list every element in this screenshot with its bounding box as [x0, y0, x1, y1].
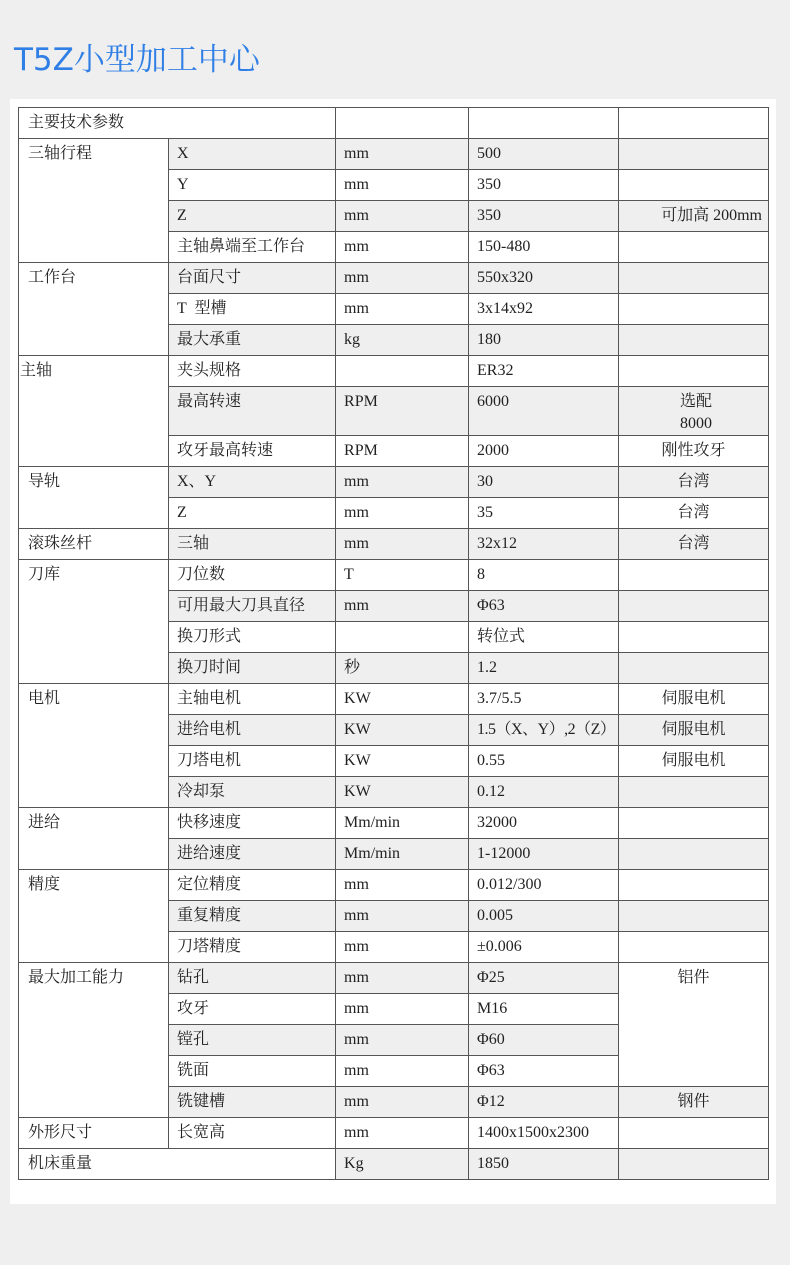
note-cell	[619, 1118, 769, 1149]
value-cell: Φ60	[469, 1025, 619, 1056]
unit-cell: Mm/min	[336, 839, 469, 870]
note-cell	[619, 139, 769, 170]
item-cell: 换刀时间	[169, 653, 336, 684]
unit-cell: mm	[336, 870, 469, 901]
unit-cell: mm	[336, 1087, 469, 1118]
note-cell	[619, 839, 769, 870]
table-row: 工作台 台面尺寸 mm 550x320	[19, 263, 769, 294]
group-label-dimensions: 外形尺寸	[19, 1118, 169, 1149]
value-cell: 150-480	[469, 232, 619, 263]
value-cell: 35	[469, 498, 619, 529]
item-cell: Z	[169, 498, 336, 529]
unit-cell: mm	[336, 901, 469, 932]
item-cell: 最高转速	[169, 387, 336, 436]
item-cell: 快移速度	[169, 808, 336, 839]
item-cell: 攻牙	[169, 994, 336, 1025]
group-label-ballscrew: 滚珠丝杆	[19, 529, 169, 560]
item-cell: 三轴	[169, 529, 336, 560]
note-cell	[619, 170, 769, 201]
note-cell	[619, 560, 769, 591]
table-row: 主轴 夹头规格 ER32	[19, 356, 769, 387]
unit-cell: mm	[336, 994, 469, 1025]
value-cell: 180	[469, 325, 619, 356]
group-label-guide: 导轨	[19, 467, 169, 529]
table-row: 刀库 刀位数 T 8	[19, 560, 769, 591]
value-cell: 550x320	[469, 263, 619, 294]
note-cell	[619, 653, 769, 684]
value-cell: 32x12	[469, 529, 619, 560]
item-cell: X、Y	[169, 467, 336, 498]
note-cell: 台湾	[619, 529, 769, 560]
item-cell: 攻牙最高转速	[169, 436, 336, 467]
item-cell: 长宽高	[169, 1118, 336, 1149]
unit-cell: mm	[336, 294, 469, 325]
table-row: 最大加工能力 钻孔 mm Φ25 铝件	[19, 963, 769, 994]
note-cell	[619, 232, 769, 263]
table-row: 精度 定位精度 mm 0.012/300	[19, 870, 769, 901]
group-label-motor: 电机	[19, 684, 169, 808]
value-cell: 1.5（X、Y）,2（Z）	[469, 715, 619, 746]
unit-cell: 秒	[336, 653, 469, 684]
item-cell: Z	[169, 201, 336, 232]
value-cell: 1850	[469, 1149, 619, 1180]
unit-cell: mm	[336, 139, 469, 170]
item-cell: 进给速度	[169, 839, 336, 870]
note-cell: 刚性攻牙	[619, 436, 769, 467]
unit-cell: mm	[336, 591, 469, 622]
table-row: 外形尺寸 长宽高 mm 1400x1500x2300	[19, 1118, 769, 1149]
item-cell: 刀位数	[169, 560, 336, 591]
value-cell: 0.55	[469, 746, 619, 777]
group-label-travel: 三轴行程	[19, 139, 169, 263]
group-label-weight: 机床重量	[19, 1149, 336, 1180]
group-label-magazine: 刀库	[19, 560, 169, 684]
note-cell	[619, 263, 769, 294]
table-header: 主要技术参数	[19, 108, 336, 139]
unit-cell: mm	[336, 1118, 469, 1149]
value-cell: 3x14x92	[469, 294, 619, 325]
note-cell	[619, 777, 769, 808]
unit-cell: mm	[336, 170, 469, 201]
note-cell: 伺服电机	[619, 746, 769, 777]
note-cell	[619, 294, 769, 325]
table-row: 电机 主轴电机 KW 3.7/5.5 伺服电机	[19, 684, 769, 715]
item-cell: 夹头规格	[169, 356, 336, 387]
item-cell: 钻孔	[169, 963, 336, 994]
item-cell: 镗孔	[169, 1025, 336, 1056]
item-cell: X	[169, 139, 336, 170]
unit-cell: RPM	[336, 436, 469, 467]
unit-cell: Mm/min	[336, 808, 469, 839]
unit-cell	[336, 622, 469, 653]
table-row: 机床重量 Kg 1850	[19, 1149, 769, 1180]
note-cell: 伺服电机	[619, 715, 769, 746]
unit-cell: Kg	[336, 1149, 469, 1180]
spec-table: 主要技术参数 三轴行程 X mm 500 Y mm 350 Z mm 350 可…	[18, 107, 769, 1180]
unit-cell: KW	[336, 684, 469, 715]
value-cell: 350	[469, 201, 619, 232]
note-cell-aluminum: 铝件	[619, 963, 769, 1087]
note-cell	[619, 325, 769, 356]
item-cell: 铣面	[169, 1056, 336, 1087]
unit-cell: mm	[336, 1025, 469, 1056]
group-label-precision: 精度	[19, 870, 169, 963]
item-cell: 进给电机	[169, 715, 336, 746]
note-cell	[619, 870, 769, 901]
item-cell: 刀塔电机	[169, 746, 336, 777]
value-cell: 32000	[469, 808, 619, 839]
unit-cell: mm	[336, 232, 469, 263]
value-cell: Φ25	[469, 963, 619, 994]
item-cell: Y	[169, 170, 336, 201]
note-cell: 伺服电机	[619, 684, 769, 715]
note-cell	[619, 932, 769, 963]
note-cell: 可加高 200mm	[619, 201, 769, 232]
unit-cell: mm	[336, 529, 469, 560]
unit-cell: kg	[336, 325, 469, 356]
value-cell: 30	[469, 467, 619, 498]
note-cell: 选配 8000	[619, 387, 769, 436]
value-cell: 2000	[469, 436, 619, 467]
value-cell: 0.005	[469, 901, 619, 932]
table-row: 进给 快移速度 Mm/min 32000	[19, 808, 769, 839]
page-title: T5Z小型加工中心	[14, 38, 260, 82]
note-cell-steel: 钢件	[619, 1087, 769, 1118]
item-cell: 主轴鼻端至工作台	[169, 232, 336, 263]
value-cell: 6000	[469, 387, 619, 436]
item-cell: 铣键槽	[169, 1087, 336, 1118]
unit-cell: mm	[336, 498, 469, 529]
group-label-feed: 进给	[19, 808, 169, 870]
note-cell: 台湾	[619, 498, 769, 529]
value-cell: 0.12	[469, 777, 619, 808]
note-cell: 台湾	[619, 467, 769, 498]
unit-cell: RPM	[336, 387, 469, 436]
group-label-spindle: 主轴	[19, 356, 169, 467]
unit-cell: T	[336, 560, 469, 591]
note-cell	[619, 591, 769, 622]
unit-cell: mm	[336, 932, 469, 963]
note-cell	[619, 901, 769, 932]
item-cell: 重复精度	[169, 901, 336, 932]
value-cell: Φ63	[469, 591, 619, 622]
table-row: 导轨 X、Y mm 30 台湾	[19, 467, 769, 498]
value-cell: 1.2	[469, 653, 619, 684]
item-cell: 刀塔精度	[169, 932, 336, 963]
item-cell: 定位精度	[169, 870, 336, 901]
note-cell	[619, 808, 769, 839]
value-cell: 1400x1500x2300	[469, 1118, 619, 1149]
unit-cell: mm	[336, 1056, 469, 1087]
item-cell: T 型槽	[169, 294, 336, 325]
value-cell: 500	[469, 139, 619, 170]
unit-cell: mm	[336, 467, 469, 498]
value-cell: 8	[469, 560, 619, 591]
unit-cell: KW	[336, 715, 469, 746]
item-cell: 台面尺寸	[169, 263, 336, 294]
note-cell	[619, 622, 769, 653]
value-cell: 转位式	[469, 622, 619, 653]
value-cell: 3.7/5.5	[469, 684, 619, 715]
value-cell: 0.012/300	[469, 870, 619, 901]
note-cell	[619, 356, 769, 387]
item-cell: 换刀形式	[169, 622, 336, 653]
item-cell: 最大承重	[169, 325, 336, 356]
unit-cell	[336, 356, 469, 387]
unit-cell: mm	[336, 263, 469, 294]
unit-cell: mm	[336, 963, 469, 994]
value-cell: 350	[469, 170, 619, 201]
value-cell: ER32	[469, 356, 619, 387]
item-cell: 主轴电机	[169, 684, 336, 715]
unit-cell: KW	[336, 746, 469, 777]
unit-cell: KW	[336, 777, 469, 808]
unit-cell: mm	[336, 201, 469, 232]
item-cell: 可用最大刀具直径	[169, 591, 336, 622]
table-header-row: 主要技术参数	[19, 108, 769, 139]
value-cell: Φ63	[469, 1056, 619, 1087]
value-cell: 1-12000	[469, 839, 619, 870]
table-row: 三轴行程 X mm 500	[19, 139, 769, 170]
group-label-table: 工作台	[19, 263, 169, 356]
table-row: 滚珠丝杆 三轴 mm 32x12 台湾	[19, 529, 769, 560]
value-cell: Φ12	[469, 1087, 619, 1118]
value-cell: ±0.006	[469, 932, 619, 963]
group-label-capacity: 最大加工能力	[19, 963, 169, 1118]
note-cell	[619, 1149, 769, 1180]
item-cell: 冷却泵	[169, 777, 336, 808]
value-cell: M16	[469, 994, 619, 1025]
